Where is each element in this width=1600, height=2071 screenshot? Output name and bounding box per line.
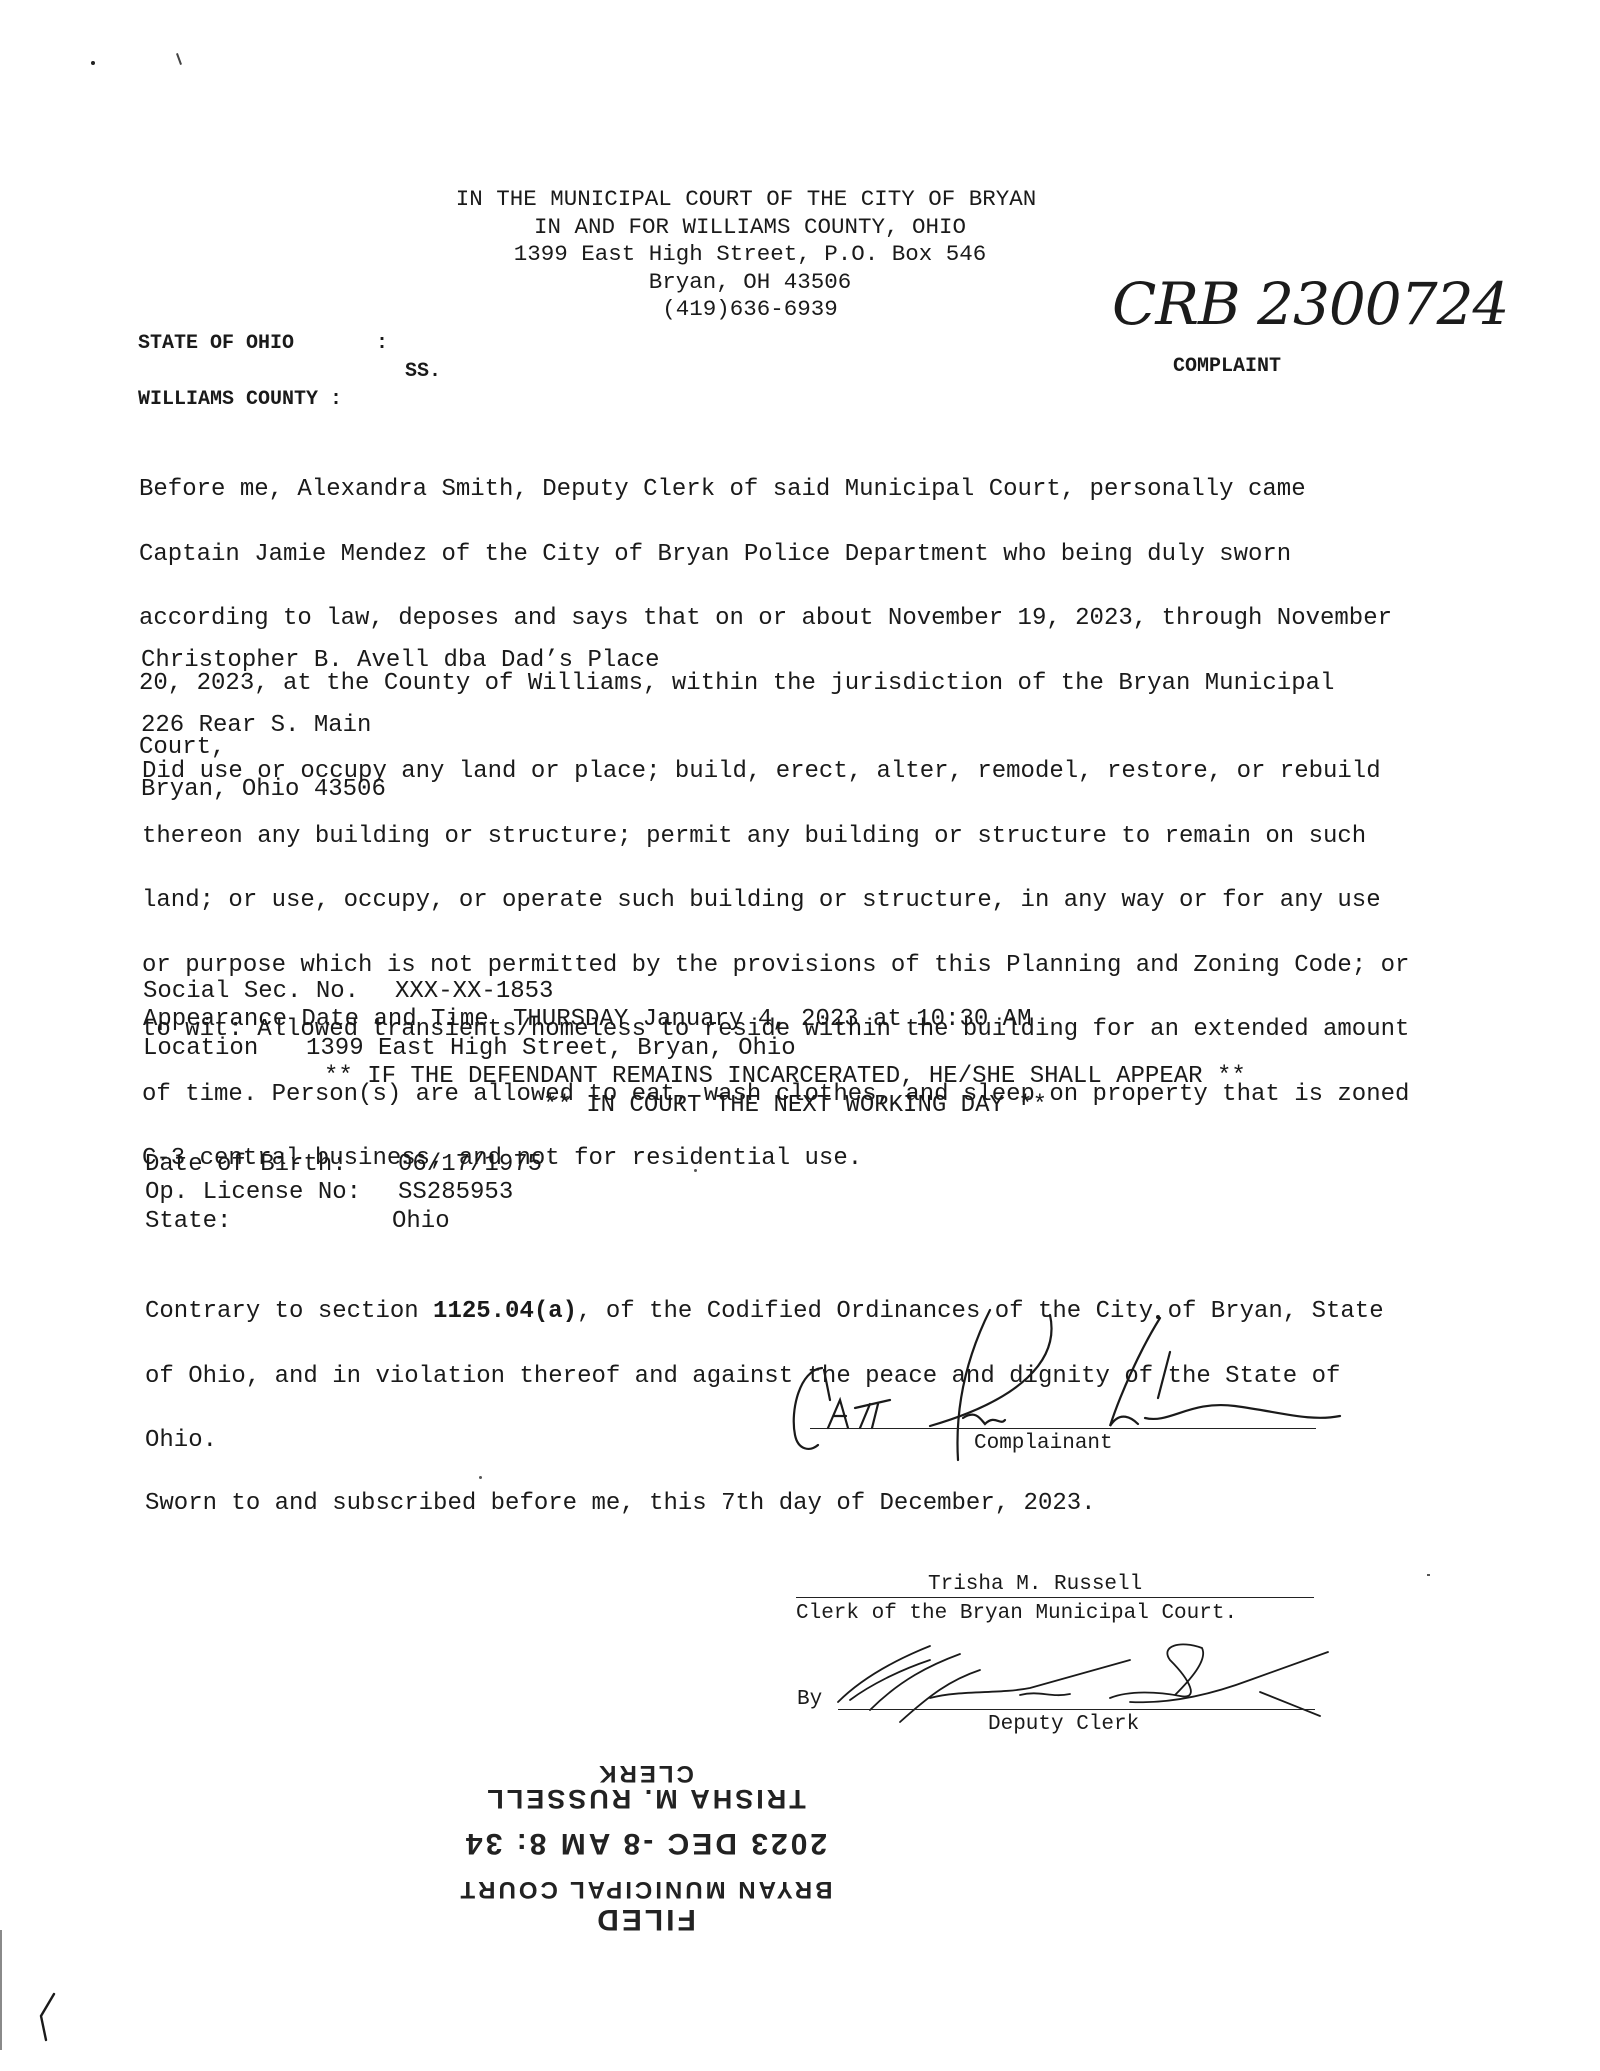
ssn-label: Social Sec. No.: [143, 978, 359, 1007]
ssn-value: XXX-XX-1853: [395, 978, 553, 1007]
by-label: By: [797, 1686, 822, 1715]
venue-colon: :: [376, 330, 388, 359]
location-label: Location: [143, 1035, 258, 1064]
document-type: COMPLAINT: [1173, 353, 1281, 382]
clerk-name-line: [796, 1597, 1314, 1598]
charge-line: or purpose which is not permitted by the…: [142, 952, 1409, 981]
stamp-datetime: 2023 DEC -8 AM 8: 34: [455, 1824, 835, 1862]
speck-mark: [176, 53, 182, 65]
dob-value: 06/17/1975: [398, 1151, 542, 1180]
state-label: State:: [145, 1208, 231, 1237]
court-name: IN THE MUNICIPAL COURT OF THE CITY OF BR…: [392, 186, 1100, 214]
stamp-court-name: BRYAN MUNICIPAL COURT: [455, 1870, 835, 1908]
incarceration-notice: ** IF THE DEFENDANT REMAINS INCARCERATED…: [324, 1063, 1246, 1092]
court-county: IN AND FOR WILLIAMS COUNTY, OHIO: [400, 214, 1100, 242]
scan-edge: [0, 1930, 2, 2050]
license-value: SS285953: [398, 1179, 513, 1208]
speck-mark: [1427, 1574, 1430, 1576]
court-header: IN THE MUNICIPAL COURT OF THE CITY OF BR…: [400, 186, 1100, 324]
charge-line: land; or use, occupy, or operate such bu…: [142, 887, 1409, 916]
venue-ss: SS.: [405, 358, 441, 387]
deputy-clerk-signature: [830, 1640, 1350, 1720]
defendant-name: Christopher B. Avell dba Dad’s Place: [141, 647, 659, 676]
charge-line: thereon any building or structure; permi…: [142, 823, 1409, 852]
deputy-clerk-label: Deputy Clerk: [988, 1711, 1139, 1740]
check-mark: [36, 1990, 60, 2046]
incarceration-notice-2: ** IN COURT THE NEXT WORKING DAY **: [543, 1092, 1047, 1121]
violation-prefix: Contrary to section: [145, 1298, 433, 1325]
court-city: Bryan, OH 43506: [400, 269, 1100, 297]
venue-county: WILLIAMS COUNTY :: [138, 386, 342, 415]
venue-state: STATE OF OHIO: [138, 330, 294, 359]
speck-mark: [694, 1169, 697, 1172]
sworn-statement: Sworn to and subscribed before me, this …: [145, 1490, 1096, 1519]
court-phone: (419)636-6939: [400, 296, 1100, 324]
case-number: CRB 2300724: [1112, 272, 1508, 336]
clerk-title: Clerk of the Bryan Municipal Court.: [796, 1600, 1237, 1629]
location-value: 1399 East High Street, Bryan, Ohio: [306, 1035, 796, 1064]
ordinance-section: 1125.04(a): [433, 1298, 577, 1325]
clerk-name: Trisha M. Russell: [928, 1571, 1142, 1600]
affidavit-line: Before me, Alexandra Smith, Deputy Clerk…: [139, 476, 1392, 505]
speck-mark: [91, 61, 95, 65]
affidavit-line: Captain Jamie Mendez of the City of Brya…: [139, 541, 1392, 570]
filed-stamp: FILED BRYAN MUNICIPAL COURT 2023 DEC -8 …: [455, 1728, 835, 1938]
charge-line: Did use or occupy any land or place; bui…: [142, 758, 1409, 787]
speck-mark: [479, 1476, 482, 1479]
dob-label: Date of Birth:: [145, 1151, 347, 1180]
complainant-label: Complainant: [974, 1430, 1113, 1459]
complainant-signature-line: [810, 1428, 1316, 1429]
appearance-datetime: THURSDAY January 4, 2023 at 10:30 AM: [513, 1006, 1031, 1035]
appearance-label: Appearance Date and Time: [143, 1006, 489, 1035]
deputy-clerk-signature-line: [838, 1709, 1315, 1710]
state-value: Ohio: [392, 1208, 450, 1237]
charge-paragraph: Did use or occupy any land or place; bui…: [142, 722, 1409, 1192]
court-address: 1399 East High Street, P.O. Box 546: [400, 241, 1100, 269]
license-label: Op. License No:: [145, 1179, 361, 1208]
